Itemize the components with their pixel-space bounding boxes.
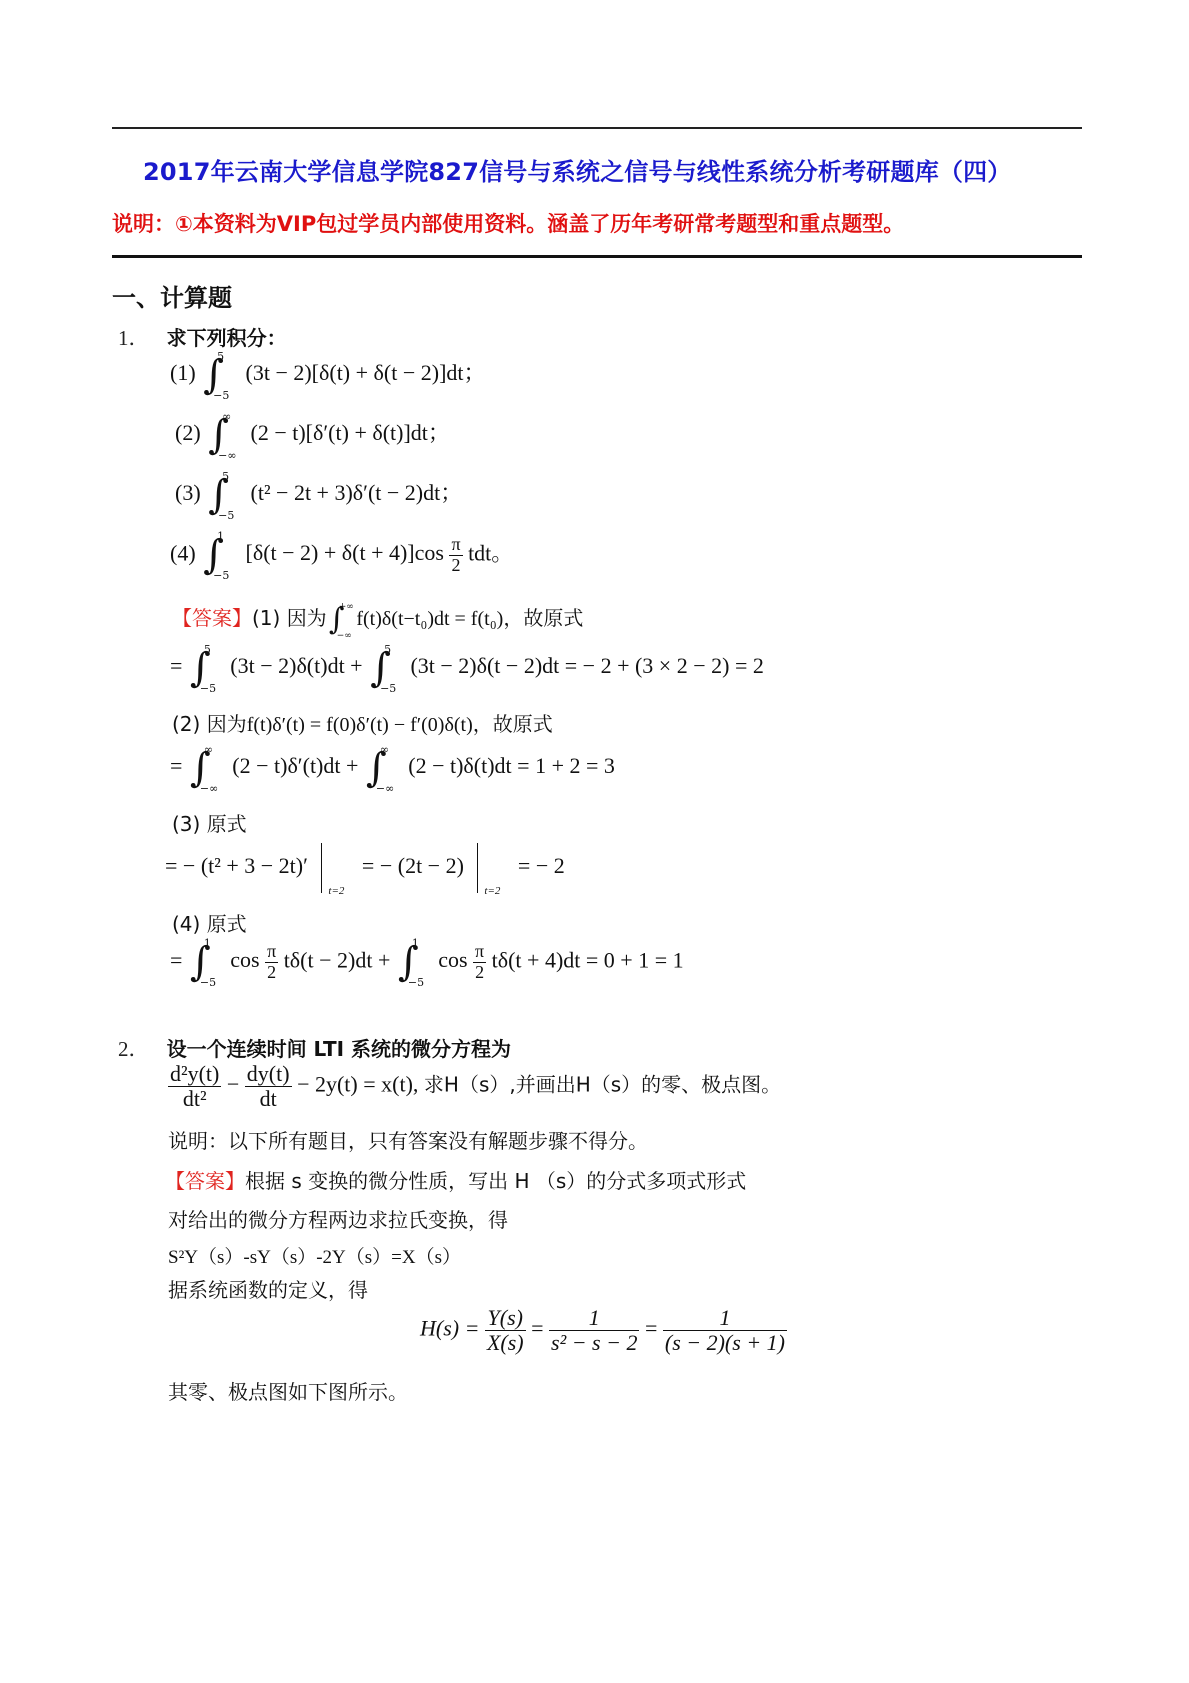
integral-sign-icon: ∫∞−∞ bbox=[366, 748, 387, 788]
equation-rest: − 2y(t) = x(t), bbox=[297, 1072, 418, 1097]
cos: cos bbox=[230, 947, 259, 972]
fraction: d²y(t)dt² bbox=[168, 1062, 221, 1111]
answer-text: (2) 因为 bbox=[172, 712, 247, 736]
integral-sign-icon: ∫5−5 bbox=[370, 648, 391, 688]
evaluation-bar: t=2 bbox=[321, 843, 322, 893]
item-label: (4) bbox=[170, 540, 196, 565]
answer-2-line-1: 【答案】根据 s 变换的微分性质，写出 H （s）的分式多项式形式 bbox=[165, 1165, 746, 1194]
integral-sign-icon: ∫5−5 bbox=[203, 355, 224, 395]
term: tδ(t + 4)dt = 0 + 1 = 1 bbox=[492, 947, 684, 972]
term: = − 2 bbox=[518, 853, 565, 878]
fraction: π2 bbox=[449, 535, 462, 576]
answer-tag: 【答案】 bbox=[172, 606, 252, 630]
answer-2-line-2: 对给出的微分方程两边求拉氏变换，得 bbox=[168, 1204, 508, 1233]
differential-equation: d²y(t)dt² − dy(t)dt − 2y(t) = x(t), 求H（s… bbox=[168, 1062, 781, 1111]
scoring-note: 说明：以下所有题目，只有答案没有解题步骤不得分。 bbox=[168, 1125, 648, 1154]
question-2-header: 2． 设一个连续时间 LTI 系统的微分方程为 bbox=[118, 1033, 511, 1063]
fraction: 1s² − s − 2 bbox=[549, 1306, 639, 1355]
header-top-rule bbox=[112, 127, 1082, 129]
integral-sign-icon: ∫5−5 bbox=[208, 475, 229, 515]
answer-2-laplace-equation: S²Y（s）-sY（s）-2Y（s）=X（s） bbox=[168, 1242, 461, 1269]
answer-text: (1) 因为 bbox=[252, 606, 327, 630]
section-title: 一、计算题 bbox=[112, 278, 232, 313]
term: (3t − 2)δ(t − 2)dt = − 2 + (3 × 2 − 2) =… bbox=[410, 653, 763, 678]
equals: = bbox=[170, 753, 188, 778]
integral-sign-icon: ∫∞−∞ bbox=[208, 415, 229, 455]
equals: = bbox=[170, 653, 188, 678]
integral-item-4: (4) ∫1−5 [δ(t − 2) + δ(t + 4)]cos π2 tdt… bbox=[170, 535, 513, 576]
term: = − (t² + 3 − 2t)′ bbox=[165, 853, 308, 878]
integral-sign-icon: ∫+∞−∞ bbox=[329, 605, 345, 635]
transfer-function: H(s) = Y(s)X(s) = 1s² − s − 2 = 1(s − 2)… bbox=[420, 1306, 787, 1355]
answer-tag: 【答案】 bbox=[165, 1169, 245, 1193]
answer-2-line-5: 其零、极点图如下图所示。 bbox=[168, 1376, 408, 1405]
question-ask: 求H（s）,并画出H（s）的零、极点图。 bbox=[424, 1073, 781, 1097]
evaluation-bar: t=2 bbox=[477, 843, 478, 893]
term: tδ(t − 2)dt + bbox=[284, 947, 391, 972]
answer-2-line-4: 据系统函数的定义，得 bbox=[168, 1274, 368, 1303]
integrand: (2 − t)[δ′(t) + δ(t)]dt； bbox=[251, 420, 450, 445]
question-heading: 设一个连续时间 LTI 系统的微分方程为 bbox=[167, 1037, 511, 1061]
fraction: π2 bbox=[265, 942, 278, 983]
integrand-part: tdt。 bbox=[468, 540, 513, 565]
answer-1-part-4-calc: = ∫1−5 cos π2 tδ(t − 2)dt + ∫1−5 cos π2 … bbox=[170, 942, 684, 983]
identity: f(t)δ′(t) = f(0)δ′(t) − f′(0)δ(t)，故原式 bbox=[247, 714, 553, 736]
item-label: (1) bbox=[170, 360, 196, 385]
identity: f(t)δ(t−t₀)dt = f(t₀)，故原式 bbox=[356, 608, 583, 630]
integral-sign-icon: ∫1−5 bbox=[203, 535, 224, 575]
integral-item-1: (1) ∫5−5 (3t − 2)[δ(t) + δ(t − 2)]dt； bbox=[170, 355, 486, 395]
question-number: 1． bbox=[118, 326, 150, 350]
integral-sign-icon: ∫5−5 bbox=[190, 648, 211, 688]
equals: = bbox=[170, 947, 188, 972]
item-label: (3) bbox=[175, 480, 201, 505]
answer-1-part-1-intro: 【答案】(1) 因为∫+∞−∞f(t)δ(t−t₀)dt = f(t₀)，故原式 bbox=[172, 602, 583, 635]
answer-1-part-2-calc: = ∫∞−∞ (2 − t)δ′(t)dt + ∫∞−∞ (2 − t)δ(t)… bbox=[170, 748, 615, 788]
answer-1-part-4-intro: (4) 原式 bbox=[172, 908, 247, 937]
question-1-header: 1． 求下列积分： bbox=[118, 322, 287, 352]
integral-sign-icon: ∫1−5 bbox=[190, 942, 211, 982]
header-bottom-rule bbox=[112, 255, 1082, 258]
answer-1-part-3-intro: (3) 原式 bbox=[172, 808, 247, 837]
equals: = bbox=[645, 1316, 657, 1341]
integral-sign-icon: ∫∞−∞ bbox=[190, 748, 211, 788]
fraction: π2 bbox=[473, 942, 486, 983]
fraction: 1(s − 2)(s + 1) bbox=[663, 1306, 787, 1355]
minus: − bbox=[227, 1072, 239, 1097]
question-heading: 求下列积分： bbox=[167, 326, 287, 350]
answer-1-part-3-calc: = − (t² + 3 − 2t)′ t=2 = − (2t − 2) t=2 … bbox=[165, 843, 565, 893]
term: = − (2t − 2) bbox=[362, 853, 464, 878]
answer-text: 根据 s 变换的微分性质，写出 H （s）的分式多项式形式 bbox=[245, 1169, 746, 1193]
answer-1-part-2-intro: (2) 因为f(t)δ′(t) = f(0)δ′(t) − f′(0)δ(t)，… bbox=[172, 708, 553, 737]
answer-1-part-1-calc: = ∫5−5 (3t − 2)δ(t)dt + ∫5−5 (3t − 2)δ(t… bbox=[170, 648, 764, 688]
integral-sign-icon: ∫1−5 bbox=[398, 942, 419, 982]
integral-item-3: (3) ∫5−5 (t² − 2t + 3)δ′(t − 2)dt； bbox=[175, 475, 462, 515]
fraction: Y(s)X(s) bbox=[485, 1306, 526, 1355]
term: (2 − t)δ′(t)dt + bbox=[232, 753, 358, 778]
integrand-part: [δ(t − 2) + δ(t + 4)]cos bbox=[246, 540, 444, 565]
integral-item-2: (2) ∫∞−∞ (2 − t)[δ′(t) + δ(t)]dt； bbox=[175, 415, 450, 455]
question-number: 2． bbox=[118, 1037, 150, 1061]
document-note: 说明：①本资料为VIP包过学员内部使用资料。涵盖了历年考研常考题型和重点题型。 bbox=[112, 208, 904, 238]
fraction: dy(t)dt bbox=[245, 1062, 292, 1111]
equals: = bbox=[531, 1316, 543, 1341]
item-label: (2) bbox=[175, 420, 201, 445]
document-title: 2017年云南大学信息学院827信号与系统之信号与线性系统分析考研题库（四） bbox=[143, 152, 1012, 187]
cos: cos bbox=[438, 947, 467, 972]
h-of-s: H(s) = bbox=[420, 1316, 479, 1341]
term: (2 − t)δ(t)dt = 1 + 2 = 3 bbox=[408, 753, 615, 778]
integrand: (3t − 2)[δ(t) + δ(t − 2)]dt； bbox=[246, 360, 486, 385]
term: (3t − 2)δ(t)dt + bbox=[230, 653, 362, 678]
integrand: (t² − 2t + 3)δ′(t − 2)dt； bbox=[251, 480, 463, 505]
